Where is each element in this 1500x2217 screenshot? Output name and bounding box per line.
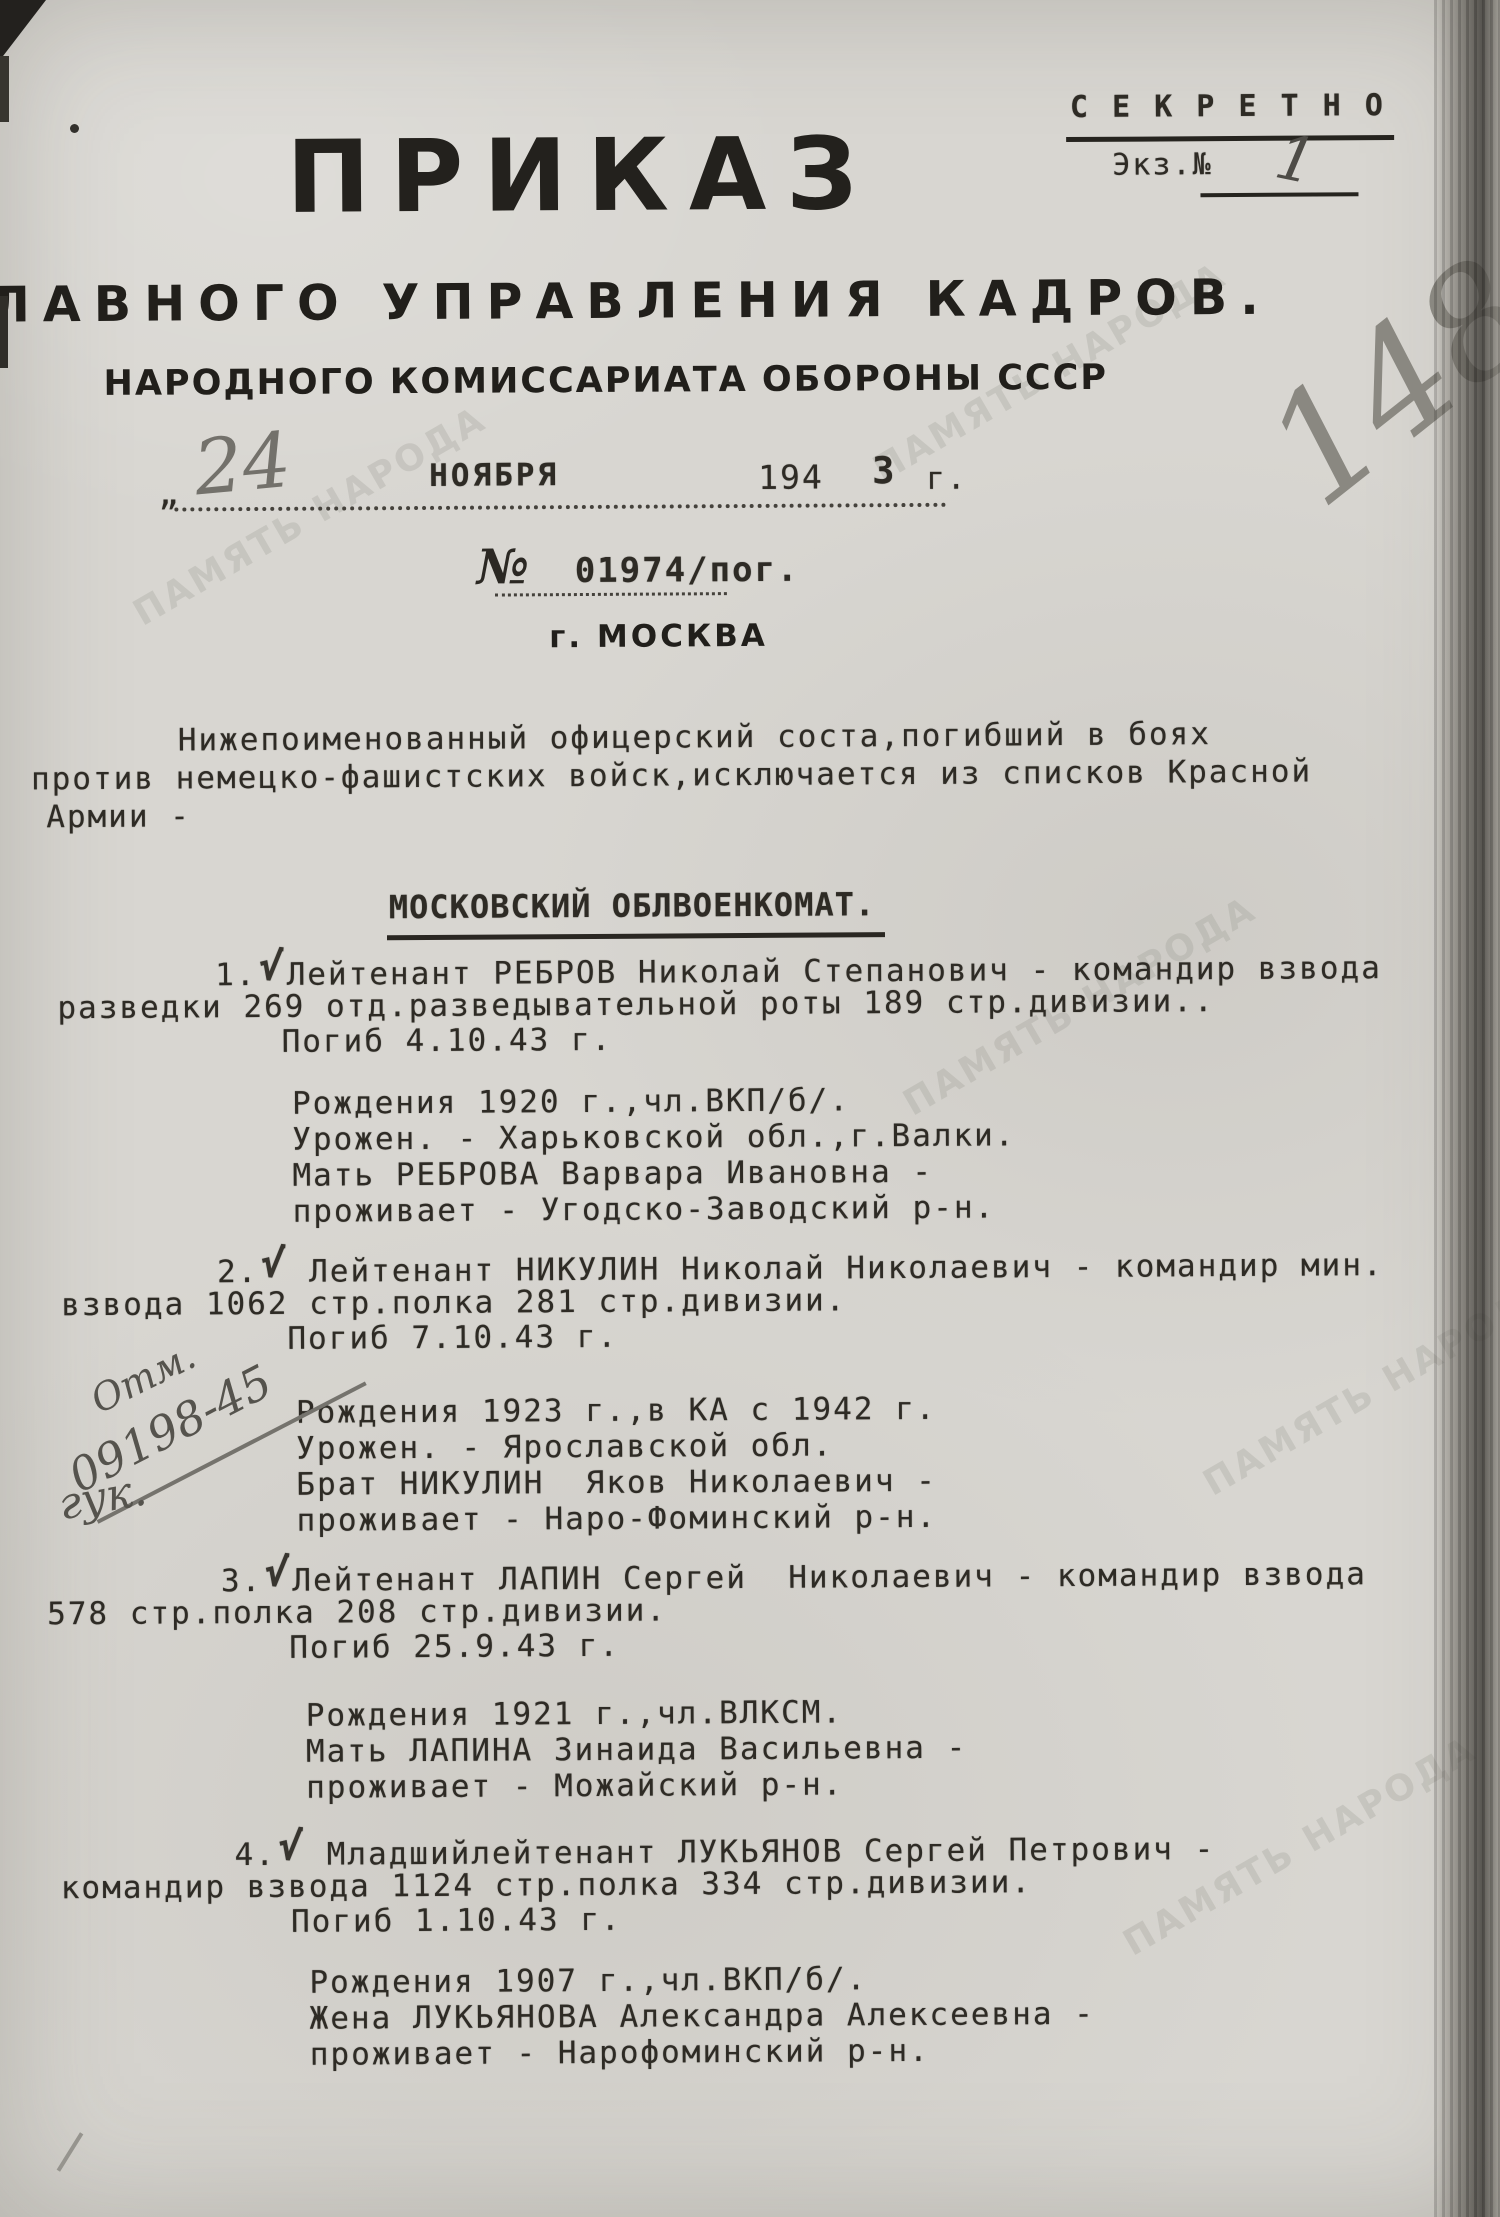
check-mark: √	[263, 1555, 292, 1592]
check-mark: √	[259, 1246, 288, 1283]
order-number: 01974/пог.	[575, 550, 800, 591]
page-edge-streaks	[1434, 0, 1500, 2217]
classification-stamp: С Е К Р Е Т Н О	[1066, 88, 1394, 142]
date-year-digit: 3	[872, 449, 897, 492]
entry-details: Рождения 1907 г.,чл.ВКП/б/. Жена ЛУКЬЯНО…	[309, 1958, 1476, 2073]
entry-4: 4.√ Младшийлейтенант ЛУКЬЯНОВ Сергей Пет…	[44, 1828, 1475, 2075]
entry-number: 2.	[217, 1254, 259, 1290]
entry-1: 1.√Лейтенант РЕБРОВ Николай Степанович -…	[39, 948, 1471, 1232]
city-line: г. МОСКВА	[549, 618, 768, 655]
date-year-prefix: 194	[758, 458, 824, 497]
scanned-document-page: ПАМЯТЬ НАРОДА ПАМЯТЬ НАРОДА ПАМЯТЬ НАРОД…	[0, 0, 1500, 2217]
edge-mark	[0, 56, 9, 122]
date-year-suffix: г.	[926, 461, 968, 497]
entry-text: Лейтенант ЛАПИН Сергей Николаевич - кома…	[292, 1556, 1367, 1599]
entry-line: 3.√Лейтенант ЛАПИН Сергей Николаевич - к…	[221, 1554, 1473, 1597]
entry-details: Рождения 1921 г.,чл.ВЛКСМ. Мать ЛАПИНА З…	[306, 1691, 1475, 1806]
check-mark: √	[277, 1829, 306, 1866]
document-title: ПРИКАЗ	[286, 115, 878, 236]
entry-line: 1.√Лейтенант РЕБРОВ Николай Степанович -…	[215, 948, 1469, 991]
detail-line: проживает - Угодско-Заводский р-н.	[293, 1187, 1471, 1230]
org-name-line2: НАРОДНОГО КОМИССАРИАТА ОБОРОНЫ СССР	[103, 358, 1108, 404]
copy-number-label: Экз.№	[1112, 147, 1213, 183]
entry-number: 3.	[221, 1563, 263, 1599]
entry-details: Рождения 1920 г.,чл.ВКП/б/. Урожен. - Ха…	[292, 1079, 1471, 1230]
ink-speck	[70, 124, 79, 133]
detail-line: проживает - Наро-Фоминский р-н.	[296, 1496, 1472, 1539]
preamble: Нижепоименованный офицерский соста,погиб…	[0, 714, 1458, 837]
detail-line: проживает - Можайский р-н.	[306, 1763, 1474, 1806]
section-heading: МОСКОВСКИЙ ОБЛВОЕНКОМАТ.	[387, 885, 886, 940]
date-month: НОЯБРЯ	[429, 457, 559, 494]
entry-details: Рождения 1923 г.,в КА с 1942 г. Урожен. …	[296, 1388, 1473, 1539]
detail-line: проживает - Нарофоминский р-н.	[310, 2030, 1476, 2073]
check-mark: √	[257, 949, 286, 986]
entry-number: 4.	[234, 1837, 276, 1873]
date-dotted-line	[174, 451, 946, 512]
entry-3: 3.√Лейтенант ЛАПИН Сергей Николаевич - к…	[43, 1554, 1474, 1808]
document-content: С Е К Р Е Т Н О Экз.№ 1 ПРИКАЗ ЛАВНОГО У…	[0, 0, 1500, 2217]
org-name-line1: ЛАВНОГО УПРАВЛЕНИЯ КАДРОВ.	[0, 269, 1272, 334]
edge-mark	[0, 296, 8, 368]
entry-line: 2.√ Лейтенант НИКУЛИН Николай Николаевич…	[217, 1245, 1471, 1288]
entry-number: 1.	[215, 957, 257, 993]
